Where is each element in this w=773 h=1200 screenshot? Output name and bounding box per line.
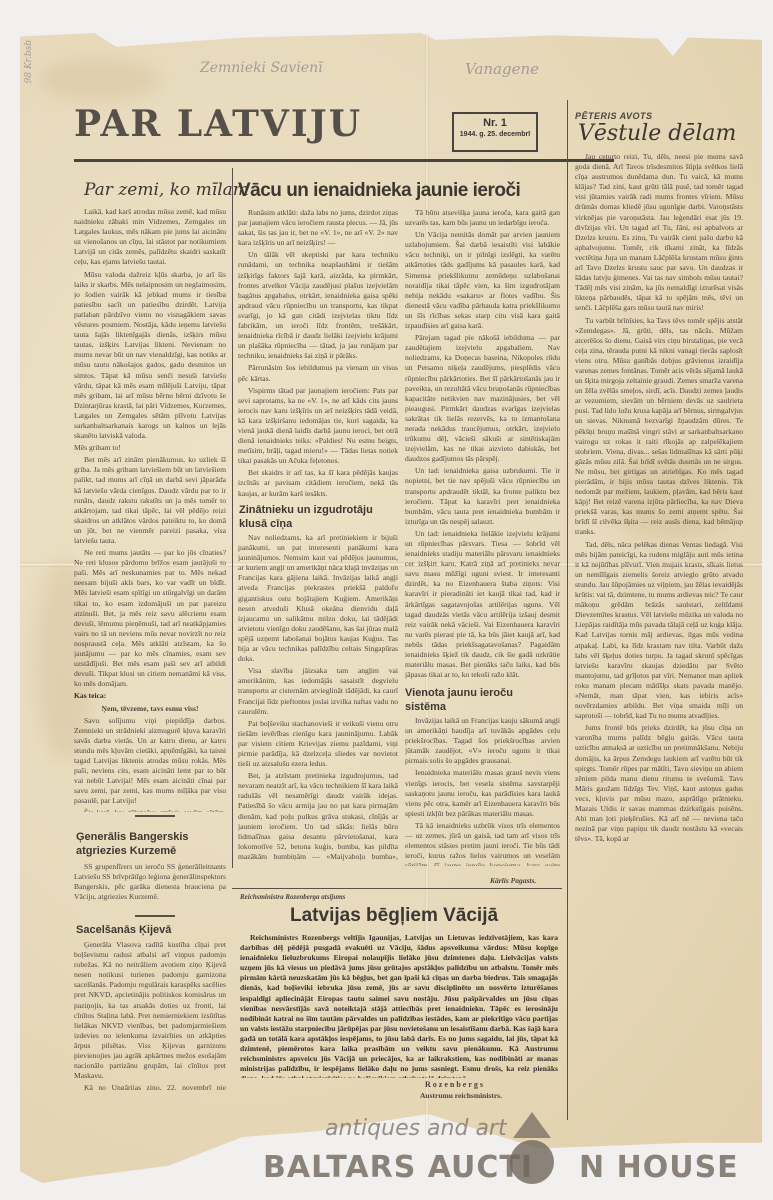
paragraph: Un tālāk vēl skeptiski par kara techniku…	[238, 250, 398, 361]
paper-stain	[40, 60, 160, 100]
paragraph: Un Vācija nemitās domāt par arvien jauni…	[405, 230, 560, 331]
article-weapons-col2: Tā būtu atsevišķa jauna ieroča, kara gai…	[405, 208, 560, 683]
paragraph: Visa slavība jāizsaka tam angļim vai ame…	[238, 666, 398, 716]
issue-box: Nr. 1 1944. g. 25. decembrī	[452, 112, 538, 152]
paragraph: Tad, dēls, nāca pelēkas dienas Ventas li…	[575, 540, 743, 722]
article-author: PĒTERIS AVOTS	[575, 111, 653, 121]
crown-icon	[513, 1112, 551, 1138]
paragraph: Runāsim atklāti: daža labs no jums, dzir…	[238, 208, 398, 248]
article-letter-body: Jau ceturto reizi, Tu, dēls, neesi pie m…	[575, 152, 743, 1127]
watermark-brand-left: BALTARS AUCTI	[263, 1150, 533, 1185]
masthead-rule	[74, 159, 614, 162]
paragraph: Invāzijas laikā un Francijas kauju sākum…	[405, 716, 560, 766]
issue-date: 1944. g. 25. decembrī	[454, 131, 536, 138]
article-signature: Kārlis Pagasts.	[490, 876, 536, 885]
newspaper-title: PAR LATVIJU	[74, 103, 362, 145]
paragraph: Pārrunāsim šos iebildumus pa vienam un v…	[238, 363, 398, 383]
subhead-system: Vienota jaunu ieroču sistēma	[405, 686, 555, 714]
paragraph: Pat boļševiku stachanovieši ir veikuši v…	[238, 719, 398, 769]
article-weapons-col2b: Invāzijas laikā un Francijas kauju sākum…	[405, 716, 560, 866]
signature-title: Austrumu reichsministrs.	[420, 1091, 502, 1100]
paragraph: SS grupenfīrers un ieroču SS ģenerālleit…	[74, 862, 226, 902]
quote-line: Ņem, tēvzeme, tavs esmu viss!	[74, 704, 226, 714]
pencil-note-margin: 98 Kr.bsb	[24, 40, 34, 83]
paragraph: Un tad: ienaidnieka lielākie izejvielu k…	[405, 529, 560, 680]
pencil-note-top-right: Vanagene	[465, 60, 539, 78]
paragraph: Savu solījumu viņi piepildīja darbos. Ze…	[74, 716, 226, 807]
paragraph: Bet skaidrs ir arī tas, ka šī kara pēdēj…	[238, 468, 398, 498]
paragraph: Bet mēs arī zinām pienākumus, ko uzliek …	[74, 455, 226, 546]
article-bangerskis-body: SS grupenfīrers un ieroču SS ģenerālleit…	[74, 862, 226, 912]
paragraph: Kā no Ungārijas ziņo, 22. novembrī pie u…	[74, 1083, 226, 1090]
article-rosenberg-body: Reichsministrs Rozenbergs veltījis Igaun…	[240, 933, 558, 1078]
watermark-tagline: antiques and art	[325, 1116, 507, 1141]
separator	[135, 815, 175, 817]
paragraph: Jums frontē būs prieks dzirdēt, ka jūsu …	[575, 723, 743, 844]
article-weapons-col1: Runāsim atklāti: daža labs no jums, dzir…	[238, 208, 398, 498]
paragraph: Laikā, kad karš atrodas mūsu zemē, kad m…	[74, 207, 226, 268]
article-headline-letter: Vēstule dēlam	[578, 121, 736, 146]
paragraph: Mūsu valoda dažreiz kļūs skarba, jo arī …	[74, 270, 226, 442]
article-headline-kijeva: Sacelšanās Ķijevā	[76, 924, 171, 936]
article-weapons-col1b: Nav noliedzams, ka arī pretiniekiem ir b…	[238, 533, 398, 863]
paragraph: Ģenerāla Vlasova radītā kustība cīņai pr…	[74, 940, 226, 1081]
paragraph: Un tad: ienaidnieka gaisa uzbrukumi. Tie…	[405, 466, 560, 527]
paragraph: Mēs gribam to!	[74, 443, 226, 453]
watermark-brand: BALTARS AUCTIN HOUSE	[263, 1150, 739, 1185]
subhead-scientists: Zinātnieku un izgudrotāju klusā cīņa	[239, 503, 399, 531]
paragraph: Bet, ja atzīstam pretinieka izgudrojumus…	[238, 771, 398, 863]
paragraph: Jau ceturto reizi, Tu, dēls, neesi pie m…	[575, 152, 743, 314]
paragraph: Vispirms tātad par jaunajiem ieročiem: P…	[238, 386, 398, 467]
watermark-brand-right: N HOUSE	[579, 1150, 739, 1185]
article-headline-rosenberg: Latvijas bēgļiem Vācijā	[290, 905, 498, 927]
signature-name: Rozenbergs	[425, 1080, 485, 1089]
separator	[135, 915, 175, 917]
article-headline-weapons: Vācu un ienaidnieka jaunie ieroči	[238, 180, 520, 202]
issue-number: Nr. 1	[454, 117, 536, 129]
paragraph: Ienaidnieka materiālu masas grauš nevis …	[405, 768, 560, 818]
column-rule	[232, 168, 233, 868]
column-rule	[567, 100, 568, 1120]
paragraph: Ne reti mums jautāts — par ko jūs cīnati…	[74, 548, 226, 689]
paragraph: Tu varbūt brīnīsies, ka Tavs tēvs tomēr …	[575, 316, 743, 538]
paragraph: Tā kā ienaidnieks uzbrūk visos trīs elem…	[405, 821, 560, 866]
article-headline-left: Par zemi, ko mīlam	[84, 180, 249, 200]
paragraph: Tā būtu atsevišķa jauna ieroča, kara gai…	[405, 208, 560, 228]
paragraph: Reichsministrs Rozenbergs veltījis Igaun…	[240, 933, 558, 1078]
pencil-note-top: Zemnieki Savienī	[200, 60, 323, 76]
article-left-body: Laikā, kad karš atrodas mūsu zemē, kad m…	[74, 207, 226, 812]
article-headline-bangerskis: Ģenerālis Bangerskis atgriezies Kurzemē	[76, 830, 226, 858]
paragraph: Šis karš, kas tūkstošus atrāvis savām sē…	[74, 808, 226, 812]
paragraph: Pārejam tagad pie nākošā iebilduma — par…	[405, 333, 560, 464]
article-kijeva-body: Ģenerāla Vlasova radītā kustība cīņai pr…	[74, 940, 226, 1090]
paragraph: Kas teica:	[74, 691, 226, 701]
article-kicker: Reichsministra Rozenberga atsijums	[240, 893, 345, 901]
paragraph: Nav noliedzams, ka arī pretiniekiem ir b…	[238, 533, 398, 664]
section-rule	[232, 888, 562, 889]
